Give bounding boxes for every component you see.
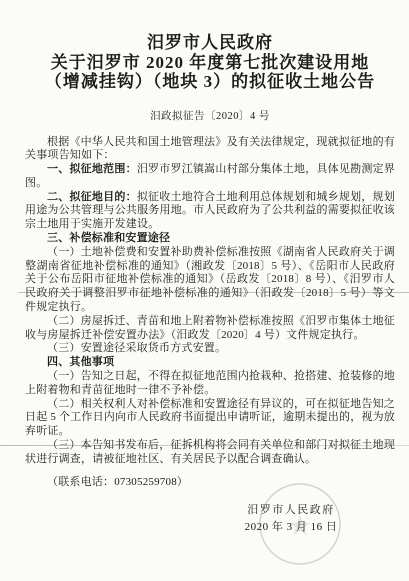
paragraph-section-4-heading: 四、其他事项 (25, 356, 395, 370)
paragraph-section-3-heading: 三、补偿标准和安置途径 (25, 232, 395, 246)
paragraph-intro: 根据《中华人民共和国土地管理法》及有关法律规定，现就拟征地的有关事项告知如下： (25, 136, 395, 164)
paragraph-section-4-item-2: （二）相关权利人对补偿标准和安置途径有异议的，可在拟征地告知之日起 5 个工作日… (25, 398, 395, 439)
paragraph-section-3-item-2: （二）房屋拆迁、青苗和地上附着物补偿标准按照《汨罗市集体土地征收与房屋拆迁补偿安… (25, 315, 395, 343)
document-number: 汨政拟征告〔2020〕4 号 (25, 108, 395, 123)
title-line-1: 汨罗市人民政府 (25, 33, 395, 53)
paragraph-section-4-item-3: （三）本告知书发布后，征拆机构将会同有关单位和部门对拟征土地现状进行调查，请被征… (25, 439, 395, 467)
paragraph-section-3-item-3: （三）安置途径采取货币方式安置。 (25, 342, 395, 356)
announcement-document: 汨罗市人民政府 关于汨罗市 2020 年度第七批次建设用地 （增减挂钩）（地块 … (0, 0, 409, 581)
document-title: 汨罗市人民政府 关于汨罗市 2020 年度第七批次建设用地 （增减挂钩）（地块 … (25, 33, 395, 92)
paragraph-section-4-item-1: （一）告知之日起，不得在拟征地范围内抢栽种、抢搭建、抢装修的地上附着物和青苗征地… (25, 370, 395, 398)
contact-phone-line: （联系电话：07305259708） (25, 476, 395, 490)
title-line-2: 关于汨罗市 2020 年度第七批次建设用地 (25, 53, 395, 73)
signature-date: 2020 年 3 月 16 日 (226, 519, 356, 536)
paragraph-section-3-item-1: （一）土地补偿费和安置补助费补偿标准按照《湖南省人民政府关于调整湖南省征地补偿标… (25, 246, 395, 315)
signature-issuer: 汨罗市人民政府 (226, 502, 356, 519)
paragraph-section-1: 一、拟征地范围：汨罗市罗江镇嵩山村部分集体土地，具体见勘测定界图。 (25, 163, 395, 191)
title-line-3: （增减挂钩）（地块 3）的拟征收土地公告 (25, 72, 395, 92)
scan-artifact-line-1 (18, 292, 409, 293)
document-body: 根据《中华人民共和国土地管理法》及有关法律规定，现就拟征地的有关事项告知如下： … (25, 136, 395, 490)
paragraph-section-2: 二、拟征地目的：拟征收土地符合土地利用总体规划和城乡规划，规划用途为公共管理与公… (25, 191, 395, 232)
scan-artifact-line-2 (0, 445, 409, 446)
signature-block: 汨罗市人民政府 2020 年 3 月 16 日 (226, 502, 356, 536)
